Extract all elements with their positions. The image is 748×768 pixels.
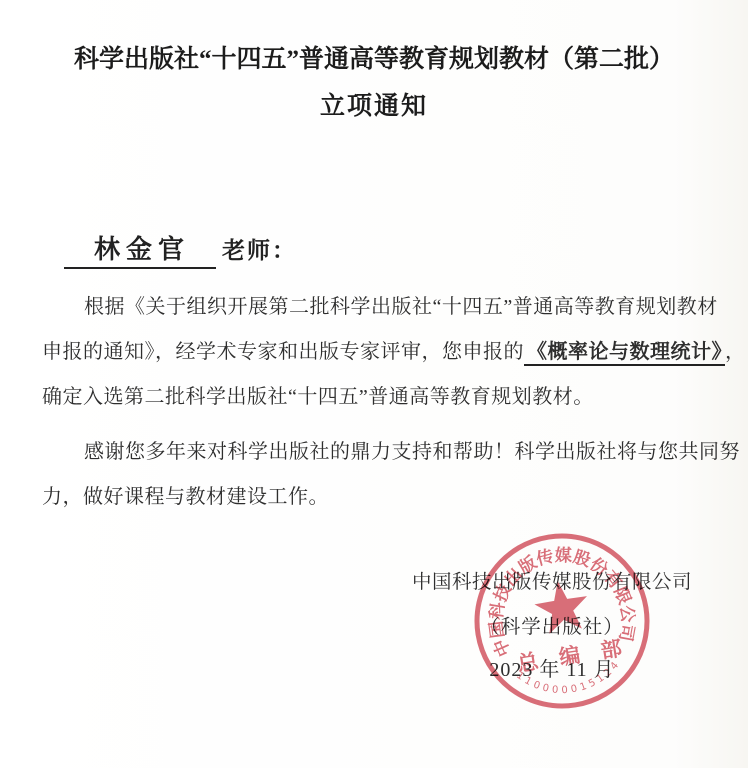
document-title: 科学出版社“十四五”普通高等教育规划教材（第二批） 立项通知 [0,0,748,123]
paragraph2-line2: 力，做好课程与教材建设工作。 [42,475,708,520]
addressee-suffix: 老师： [222,238,297,263]
addressee-line: 林金官老师： [64,229,748,263]
paragraph2-line1: 感谢您多年来对科学出版社的鼎力支持和帮助！科学出版社将与您共同努 [42,430,708,475]
signature-brand: （科学出版社） [404,611,700,639]
signature-date: 2023 年 11 月 [404,653,700,682]
body-paragraph-2: 感谢您多年来对科学出版社的鼎力支持和帮助！科学出版社将与您共同努 力，做好课程与… [42,430,708,520]
addressee-name: 林金官 [64,229,216,269]
paragraph1-line2-post: ， [725,341,746,363]
signature-company: 中国科技出版传媒股份有限公司 [404,566,700,594]
paragraph1-line2-pre: 申报的通知》，经学术专家和出版专家评审，您申报的 [42,341,524,363]
body-paragraph-1: 根据《关于组织开展第二批科学出版社“十四五”普通高等教育规划教材 申报的通知》，… [42,285,708,420]
paragraph1-line2: 申报的通知》，经学术专家和出版专家评审，您申报的《概率论与数理统计》， [42,330,708,375]
book-title-underlined: 《概率论与数理统计》 [524,341,725,366]
notice-document-page: 科学出版社“十四五”普通高等教育规划教材（第二批） 立项通知 林金官老师： 根据… [0,0,748,768]
signature-block: 中国科技出版传媒股份有限公司 （科学出版社） 2023 年 11 月 [404,566,700,682]
paragraph1-line3: 确定入选第二批科学出版社“十四五”普通高等教育规划教材。 [42,375,708,420]
title-line-2: 立项通知 [0,91,748,123]
title-line-1: 科学出版社“十四五”普通高等教育规划教材（第二批） [0,44,748,76]
paragraph1-line1: 根据《关于组织开展第二批科学出版社“十四五”普通高等教育规划教材 [42,285,708,330]
